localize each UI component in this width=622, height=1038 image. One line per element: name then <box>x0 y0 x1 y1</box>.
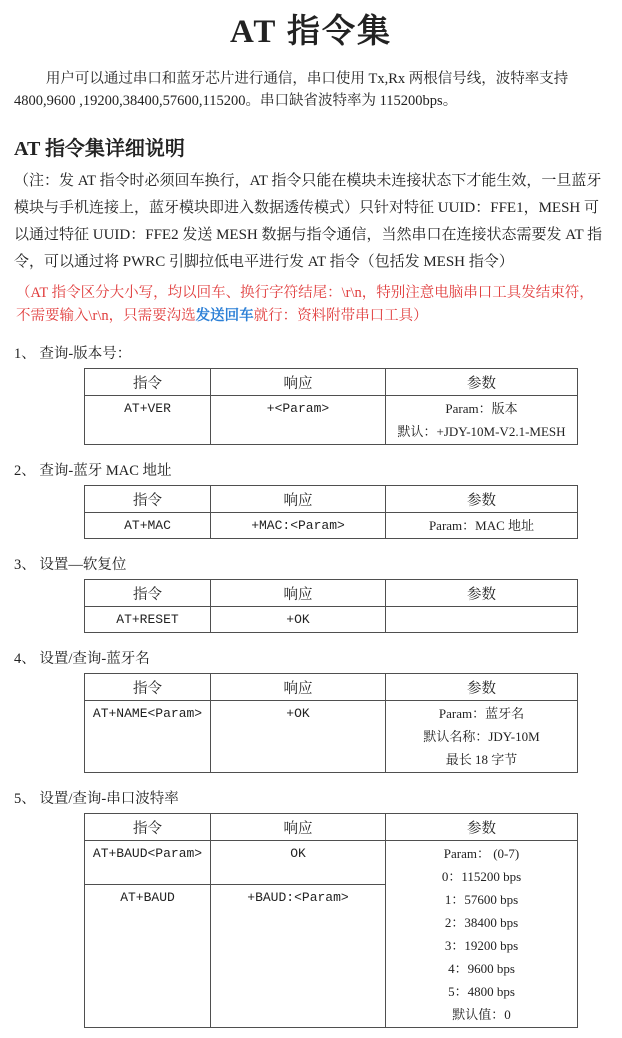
table-row: AT+NAME<Param> +OK Param：蓝牙名 默认名称：JDY-10… <box>85 701 578 773</box>
param-line: 默认：+JDY-10M-V2.1-MESH <box>389 420 574 443</box>
params-cell: Param：版本 默认：+JDY-10M-V2.1-MESH <box>386 396 578 445</box>
table-row: AT+BAUD<Param> OK Param： (0-7) 0：115200 … <box>85 841 578 885</box>
param-line: 默认值：0 <box>389 1003 574 1026</box>
at-command-table: 指令 响应 参数 AT+NAME<Param> +OK Param：蓝牙名 默认… <box>84 673 578 773</box>
params-cell: Param：MAC 地址 <box>386 513 578 539</box>
warning-note: （AT 指令区分大小写，均以回车、换行字符结尾：\r\n，特别注意电脑串口工具发… <box>14 282 608 328</box>
response-cell: +BAUD:<Param> <box>211 885 386 1028</box>
param-line: 4：9600 bps <box>389 957 574 980</box>
section-soft-reset: 3、 设置—软复位 指令 响应 参数 AT+RESET +OK <box>14 555 608 633</box>
col-header-command: 指令 <box>85 674 211 701</box>
section-label: 2、 查询-蓝牙 MAC 地址 <box>14 461 608 481</box>
param-line: 5：4800 bps <box>389 980 574 1003</box>
param-line: Param：版本 <box>389 397 574 420</box>
col-header-response: 响应 <box>211 580 386 607</box>
section-heading: AT 指令集详细说明 <box>14 136 608 162</box>
param-line: Param：MAC 地址 <box>389 514 574 537</box>
intro-paragraph: 用户可以通过串口和蓝牙芯片进行通信，串口使用 Tx,Rx 两根信号线，波特率支持… <box>14 68 582 112</box>
command-cell: AT+MAC <box>85 513 211 539</box>
table-header-row: 指令 响应 参数 <box>85 369 578 396</box>
params-cell: Param：蓝牙名 默认名称：JDY-10M 最长 18 字节 <box>386 701 578 773</box>
param-line: Param： (0-7) <box>389 842 574 865</box>
params-cell-empty <box>386 607 578 633</box>
param-line: 默认名称：JDY-10M <box>389 725 574 748</box>
col-header-response: 响应 <box>211 486 386 513</box>
col-header-response: 响应 <box>211 814 386 841</box>
param-line: 最长 18 字节 <box>389 748 574 771</box>
note-paragraph: （注：发 AT 指令时必须回车换行，AT 指令只能在模块未连接状态下才能生效，一… <box>14 168 604 276</box>
table-row: AT+VER +<Param> Param：版本 默认：+JDY-10M-V2.… <box>85 396 578 445</box>
warning-blue-emphasis: 发送回车 <box>196 308 254 324</box>
param-line: 2：38400 bps <box>389 911 574 934</box>
col-header-response: 响应 <box>211 369 386 396</box>
col-header-params: 参数 <box>386 486 578 513</box>
command-cell: AT+NAME<Param> <box>85 701 211 773</box>
document-page: AT 指令集 用户可以通过串口和蓝牙芯片进行通信，串口使用 Tx,Rx 两根信号… <box>0 0 622 1038</box>
section-mac-query: 2、 查询-蓝牙 MAC 地址 指令 响应 参数 AT+MAC +MAC:<Pa… <box>14 461 608 539</box>
table-header-row: 指令 响应 参数 <box>85 814 578 841</box>
table-row: AT+MAC +MAC:<Param> Param：MAC 地址 <box>85 513 578 539</box>
warning-red-text-2: 就行：资料附带串口工具） <box>254 308 428 324</box>
col-header-params: 参数 <box>386 814 578 841</box>
section-label: 4、 设置/查询-蓝牙名 <box>14 649 608 669</box>
section-label: 1、 查询-版本号： <box>14 344 608 364</box>
col-header-command: 指令 <box>85 369 211 396</box>
table-header-row: 指令 响应 参数 <box>85 674 578 701</box>
col-header-command: 指令 <box>85 814 211 841</box>
col-header-command: 指令 <box>85 580 211 607</box>
param-line: 1：57600 bps <box>389 888 574 911</box>
col-header-params: 参数 <box>386 580 578 607</box>
section-baud-rate: 5、 设置/查询-串口波特率 指令 响应 参数 AT+BAUD<Param> O… <box>14 789 608 1028</box>
response-cell: +<Param> <box>211 396 386 445</box>
command-cell: AT+BAUD <box>85 885 211 1028</box>
col-header-params: 参数 <box>386 674 578 701</box>
section-label: 5、 设置/查询-串口波特率 <box>14 789 608 809</box>
section-version-query: 1、 查询-版本号： 指令 响应 参数 AT+VER +<Param> Para… <box>14 344 608 445</box>
col-header-params: 参数 <box>386 369 578 396</box>
table-header-row: 指令 响应 参数 <box>85 580 578 607</box>
col-header-command: 指令 <box>85 486 211 513</box>
command-cell: AT+RESET <box>85 607 211 633</box>
param-line: 0：115200 bps <box>389 865 574 888</box>
page-title: AT 指令集 <box>14 10 608 54</box>
col-header-response: 响应 <box>211 674 386 701</box>
at-command-table: 指令 响应 参数 AT+VER +<Param> Param：版本 默认：+JD… <box>84 368 578 445</box>
section-label: 3、 设置—软复位 <box>14 555 608 575</box>
command-cell: AT+VER <box>85 396 211 445</box>
table-row: AT+RESET +OK <box>85 607 578 633</box>
command-cell: AT+BAUD<Param> <box>85 841 211 885</box>
response-cell: +OK <box>211 701 386 773</box>
response-cell: +MAC:<Param> <box>211 513 386 539</box>
section-bluetooth-name: 4、 设置/查询-蓝牙名 指令 响应 参数 AT+NAME<Param> +OK… <box>14 649 608 773</box>
at-command-table: 指令 响应 参数 AT+BAUD<Param> OK Param： (0-7) … <box>84 813 578 1028</box>
param-line: 3：19200 bps <box>389 934 574 957</box>
param-line: Param：蓝牙名 <box>389 702 574 725</box>
at-command-table: 指令 响应 参数 AT+RESET +OK <box>84 579 578 633</box>
table-header-row: 指令 响应 参数 <box>85 486 578 513</box>
params-cell-merged: Param： (0-7) 0：115200 bps 1：57600 bps 2：… <box>386 841 578 1028</box>
response-cell: OK <box>211 841 386 885</box>
response-cell: +OK <box>211 607 386 633</box>
at-command-table: 指令 响应 参数 AT+MAC +MAC:<Param> Param：MAC 地… <box>84 485 578 539</box>
